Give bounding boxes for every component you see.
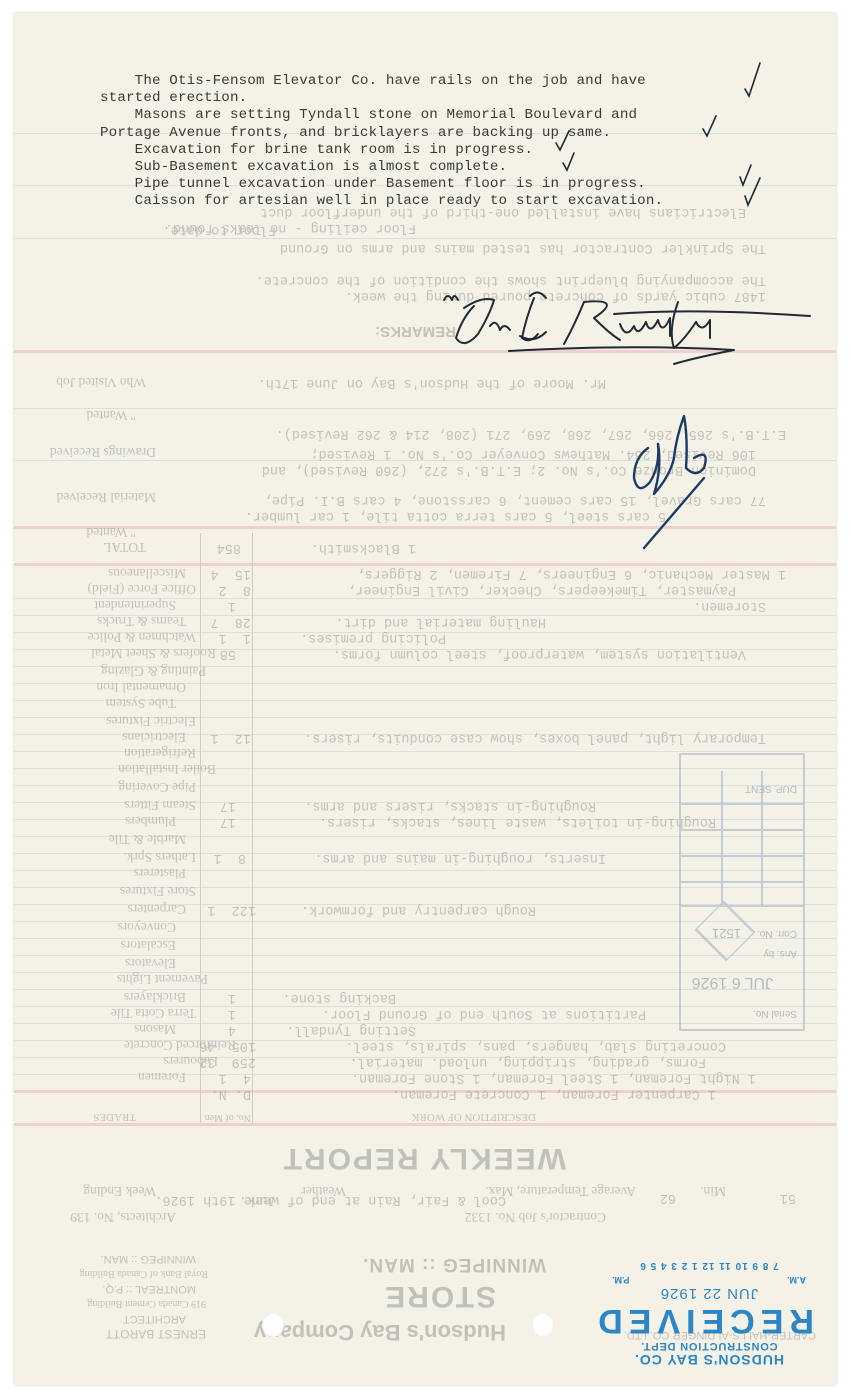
men-count: 854 xyxy=(217,540,241,555)
architect-address-2: Royal Bank of Canada Building xyxy=(80,1268,208,1279)
architects-number: Architects, No. 139 xyxy=(70,1209,176,1225)
who-visited-label: Who Visited Job xyxy=(56,374,146,390)
ans-by-label: Ans. by xyxy=(764,948,797,959)
trade-name: Pavement Lights xyxy=(117,971,208,987)
work-description: 1 Night Foreman, 1 Steel Foreman, 1 Ston… xyxy=(351,1070,756,1085)
avg-temp-min-label: Min. xyxy=(700,1183,726,1199)
trade-name: TOTAL xyxy=(103,539,146,555)
stamp-pm: P.M. xyxy=(612,1275,629,1285)
work-description: Storemen. xyxy=(693,598,766,613)
work-description: Roughing-in stacks, risers and arms. xyxy=(304,798,596,813)
material-received-label: Material Received xyxy=(57,489,156,505)
trade-name: Miscellaneous xyxy=(108,565,186,581)
who-visited-value: Mr. Moore of the Hudson's Bay on June 17… xyxy=(258,375,606,390)
punch-hole xyxy=(262,1313,284,1337)
column-divider xyxy=(200,533,201,1123)
architect-address-1: 919 Canada Cement Building xyxy=(87,1298,206,1309)
architect-title: ARCHITECT xyxy=(123,1313,186,1325)
trade-name: Lathers Sprk. xyxy=(123,849,196,865)
box-stamp-date: JUL 6 1926 xyxy=(692,973,773,991)
work-description: Hauling material and dirt. xyxy=(335,614,546,629)
men-count: 4 xyxy=(228,1022,236,1037)
red-rule xyxy=(14,1090,836,1093)
work-description: 1 Carpenter Foreman, 1 Concrete Foreman. xyxy=(392,1086,716,1101)
weather-value: Cool & Fair, Rain at end of week. xyxy=(239,1192,506,1207)
men-count: 12 1 xyxy=(210,730,251,745)
signature: Thos. L. Rutherford xyxy=(434,278,814,368)
trade-name: Office Force (Field) xyxy=(88,581,196,597)
stamp-am: A.M. xyxy=(787,1275,806,1285)
trade-name: Bricklayers xyxy=(124,989,186,1005)
trade-name: Electricians xyxy=(122,729,186,745)
work-description: Backing stone. xyxy=(283,990,396,1005)
report-title: WEEKLY REPORT xyxy=(282,1141,566,1175)
work-description: 1 Master Mechanic, 6 Engineers, 7 Fireme… xyxy=(357,566,786,581)
dup-sent-label: DUP. SENT xyxy=(745,783,797,794)
stamp-received: RECEIVED xyxy=(604,1302,814,1340)
men-count: 28 7 xyxy=(210,614,251,629)
trade-name: Ornamental Iron xyxy=(96,679,186,695)
avg-temp-max: 62 xyxy=(660,1190,676,1205)
architect-name: ERNEST BAROTT xyxy=(106,1327,206,1341)
men-count: 15 4 xyxy=(210,566,251,581)
men-count: 17 xyxy=(220,798,236,813)
avg-temp-min: 51 xyxy=(780,1190,796,1205)
men-count: 8 2 xyxy=(219,582,251,597)
stamp-hours: 7 8 9 10 11 12 1 2 3 4 5 6 xyxy=(604,1260,814,1271)
red-rule xyxy=(14,1123,836,1126)
men-count: 1 xyxy=(228,990,236,1005)
men-count: 1 xyxy=(228,1006,236,1021)
trade-name: Tube System xyxy=(106,695,176,711)
col-header-description: DESCRIPTION OF WORK xyxy=(412,1111,536,1123)
punch-hole xyxy=(532,1313,554,1337)
received-stamp: HUDSON'S BAY CO. CONSTRUCTION DEPT. RECE… xyxy=(604,1218,814,1368)
trade-name: Steam Fitters xyxy=(124,797,196,813)
trade-name: Roofers & Sheet Metal xyxy=(91,645,216,661)
work-description: Setting Tyndall. xyxy=(286,1022,416,1037)
drawings-received-label: Drawings Received xyxy=(50,444,156,460)
city-name: WINNIPEG :: MAN. xyxy=(362,1253,546,1275)
red-rule xyxy=(14,563,836,566)
architect-city-1: MONTREAL :: P.Q. xyxy=(102,1283,196,1295)
trade-name: Escalators xyxy=(121,937,176,953)
work-description: Temporary light, panel boxes, show case … xyxy=(304,730,766,745)
men-count: 17 xyxy=(220,814,236,829)
stamp-company: HUDSON'S BAY CO. xyxy=(604,1352,814,1368)
drawings-wanted-label: " Wanted xyxy=(86,407,136,423)
check-mark-icon xyxy=(740,165,751,185)
week-ending-label: Week Ending xyxy=(83,1183,156,1199)
week-ending-value: June 19th 1926. xyxy=(154,1192,276,1207)
men-count: 4 1 xyxy=(219,1070,251,1085)
trade-name: Boiler Installation xyxy=(118,761,216,777)
work-description: 1 Blacksmith. xyxy=(311,540,416,555)
material-received-value-2: 5 cars steel, 5 cars terra cotta tile, 1… xyxy=(245,508,666,523)
trade-name: Refrigeration xyxy=(124,745,196,761)
trade-name: Electric Fixtures xyxy=(106,713,196,729)
weather-label: Weather xyxy=(301,1183,346,1199)
serial-no-label: Serial No. xyxy=(753,1008,797,1019)
trade-name: Elevators xyxy=(125,955,176,971)
trade-name: Foremen xyxy=(138,1069,186,1085)
corr-no-label: Corr. No. xyxy=(757,928,797,939)
trade-name: Store Fixtures xyxy=(120,883,196,899)
col-header-trades: TRADES xyxy=(93,1111,136,1123)
trade-name: Labourers xyxy=(163,1053,218,1069)
ink-initials xyxy=(614,408,734,558)
trade-name: Pipe Covering xyxy=(118,779,196,795)
work-description: Partitions at South end of Ground Floor. xyxy=(322,1006,646,1021)
architect-city-2: WINNIPEG :: MAN. xyxy=(101,1253,196,1265)
correspondence-box-stamp: Serial No. JUL 6 1926 Ans. by Corr. No. … xyxy=(679,753,805,1031)
company-name: Hudson's Bay Company xyxy=(254,1319,506,1345)
trade-name: Superintendent xyxy=(94,597,176,613)
building-name: STORE xyxy=(383,1279,496,1313)
col-header-men: No. of Men xyxy=(205,1112,251,1123)
avg-temp-label: Average Temperature, Max. xyxy=(485,1183,636,1199)
check-marks xyxy=(14,13,836,273)
check-mark-icon xyxy=(563,153,574,170)
column-divider xyxy=(252,533,253,1123)
document-page: Hudson's Bay Company STORE WINNIPEG :: M… xyxy=(14,13,836,1385)
contractors-job-number: Contractor's Job No. 1332 xyxy=(465,1209,606,1225)
check-mark-icon xyxy=(556,131,569,150)
men-count: D. N. xyxy=(210,1086,251,1101)
men-count: 1 xyxy=(228,598,236,613)
stamp-department: CONSTRUCTION DEPT. xyxy=(604,1340,814,1352)
check-mark-icon xyxy=(745,63,760,96)
check-mark-icon xyxy=(703,116,716,136)
trade-name: Plasterers xyxy=(134,865,186,881)
trade-name: Plumbers xyxy=(125,813,176,829)
trade-name: Terra Cotta Tile xyxy=(111,1005,196,1021)
trade-name: Marble & Tile xyxy=(109,831,186,847)
work-description: Roughing-in toilets, waste lines, stacks… xyxy=(319,814,716,829)
corr-number: 1521 xyxy=(712,926,741,941)
check-mark-icon xyxy=(745,178,760,205)
stamp-date: JUN 22 1926 xyxy=(604,1285,814,1302)
work-description: Paymaster, Timekeepers, Checker, Civil E… xyxy=(347,582,736,597)
